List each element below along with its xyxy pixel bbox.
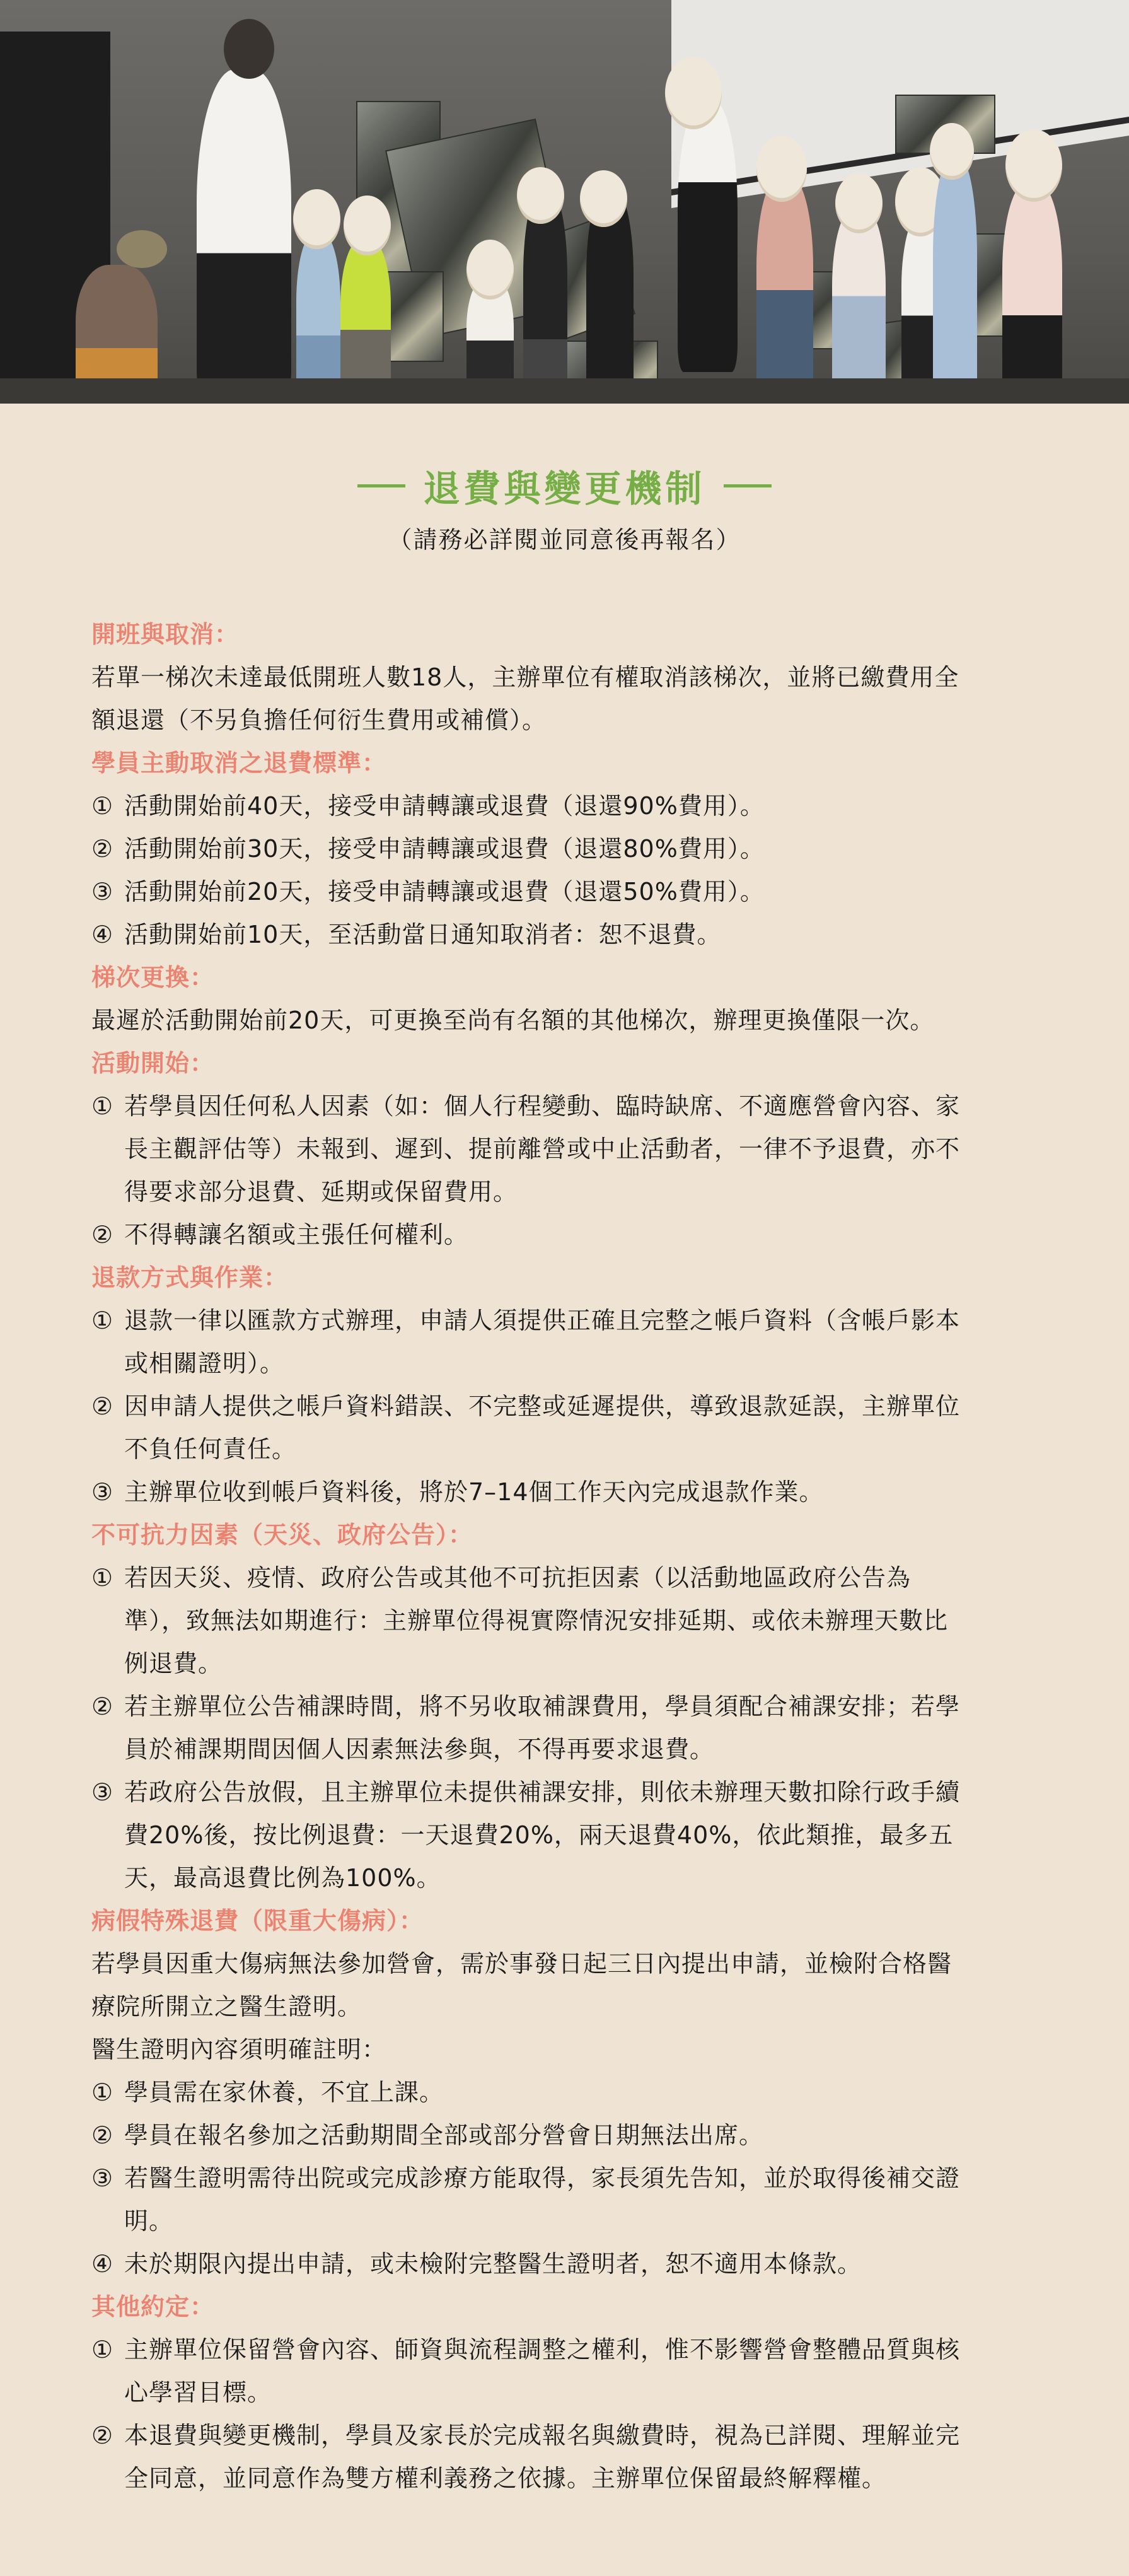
- body-line: 最遲於活動開始前20天，可更換至尚有名額的其他梯次，辦理更換僅限一次。: [91, 999, 1050, 1042]
- item-number: ③: [91, 870, 124, 913]
- item-number: ②: [91, 2414, 124, 2457]
- item-continuation: 或相關證明）。: [91, 1342, 1050, 1385]
- page-subtitle: （請務必詳閱並同意後再報名）: [0, 520, 1129, 555]
- body-line: 若學員因重大傷病無法參加營會，需於事發日起三日內提出申請，並檢附合格醫: [91, 1942, 1050, 1985]
- sheep-hood: [517, 167, 564, 224]
- list-item: ①若學員因任何私人因素（如：個人行程變動、臨時缺席、不適應營會內容、家: [91, 1085, 1050, 1128]
- section-heading: 梯次更換：: [91, 956, 1050, 999]
- list-item: ②不得轉讓名額或主張任何權利。: [91, 1213, 1050, 1256]
- item-text: 活動開始前20天，接受申請轉讓或退費（退還50%費用）。: [124, 878, 765, 906]
- item-text: 活動開始前30天，接受申請轉讓或退費（退還80%費用）。: [124, 835, 765, 863]
- sheep-hood: [344, 195, 391, 255]
- child-performer-standing: [678, 101, 738, 372]
- hero-photo: [0, 0, 1129, 404]
- section-heading: 活動開始：: [91, 1042, 1050, 1085]
- body-line: 療院所開立之醫生證明。: [91, 1985, 1050, 2028]
- item-text: 若政府公告放假，且主辦單位未提供補課安排，則依未辦理天數扣除行政手續: [124, 1778, 960, 1806]
- list-item: ④活動開始前10天，至活動當日通知取消者：恕不退費。: [91, 913, 1050, 956]
- item-text: 退款一律以匯款方式辦理，申請人須提供正確且完整之帳戶資料（含帳戶影本: [124, 1307, 960, 1334]
- item-continuation: 長主觀評估等）未報到、遲到、提前離營或中止活動者，一律不予退費，亦不: [91, 1128, 1050, 1170]
- item-continuation: 例退費。: [91, 1642, 1050, 1685]
- item-text: 未於期限內提出申請，或未檢附完整醫生證明者，恕不適用本條款。: [124, 2250, 862, 2278]
- title-dash-right: [724, 484, 772, 487]
- item-continuation: 心學習目標。: [91, 2371, 1050, 2414]
- child-performer: [832, 208, 886, 404]
- page-title: 退費與變更機制: [357, 459, 771, 512]
- item-number: ③: [91, 1471, 124, 1513]
- sheep-hood: [293, 189, 340, 249]
- section-heading: 病假特殊退費（限重大傷病）：: [91, 1899, 1050, 1942]
- item-number: ③: [91, 2157, 124, 2200]
- sheep-hood: [756, 136, 807, 202]
- item-text: 主辦單位收到帳戶資料後，將於7–14個工作天內完成退款作業。: [124, 1478, 824, 1506]
- item-number: ③: [91, 1771, 124, 1814]
- body-line: 若單一梯次未達最低開班人數18人，主辦單位有權取消該梯次，並將已繳費用全: [91, 656, 1050, 699]
- item-continuation: 得要求部分退費、延期或保留費用。: [91, 1170, 1050, 1213]
- item-text: 若因天災、疫情、政府公告或其他不可抗拒因素（以活動地區政府公告為: [124, 1564, 911, 1592]
- item-number: ①: [91, 784, 124, 827]
- item-number: ②: [91, 2114, 124, 2157]
- title-dash-left: [357, 484, 405, 487]
- item-number: ②: [91, 1385, 124, 1428]
- item-continuation: 費20%後，按比例退費：一天退費20%，兩天退費40%，依此類推，最多五: [91, 1814, 1050, 1856]
- sheep-hood: [466, 240, 514, 300]
- list-item: ③活動開始前20天，接受申請轉讓或退費（退還50%費用）。: [91, 870, 1050, 913]
- list-item: ①學員需在家休養，不宜上課。: [91, 2071, 1050, 2114]
- item-continuation: 準），致無法如期進行：主辦單位得視實際情況安排延期、或依未辦理天數比: [91, 1599, 1050, 1642]
- adult-instructor-standing: [197, 69, 291, 404]
- item-number: ①: [91, 1299, 124, 1342]
- item-text: 活動開始前40天，接受申請轉讓或退費（退還90%費用）。: [124, 792, 765, 820]
- body-line: 醫生證明內容須明確註明：: [91, 2028, 1050, 2071]
- item-text: 若主辦單位公告補課時間，將不另收取補課費用，學員須配合補課安排；若學: [124, 1693, 960, 1720]
- sheep-hood: [665, 57, 722, 129]
- section-heading: 不可抗力因素（天災、政府公告）：: [91, 1513, 1050, 1556]
- list-item: ②若主辦單位公告補課時間，將不另收取補課費用，學員須配合補課安排；若學: [91, 1685, 1050, 1728]
- item-number: ①: [91, 1085, 124, 1128]
- list-item: ④未於期限內提出申請，或未檢附完整醫生證明者，恕不適用本條款。: [91, 2242, 1050, 2285]
- sheep-hood: [835, 173, 883, 233]
- item-continuation: 不負任何責任。: [91, 1428, 1050, 1471]
- item-number: ④: [91, 2242, 124, 2285]
- child-performer: [756, 177, 813, 404]
- item-text: 主辦單位保留營會內容、師資與流程調整之權利，惟不影響營會整體品質與核: [124, 2336, 960, 2363]
- list-item: ①主辦單位保留營會內容、師資與流程調整之權利，惟不影響營會整體品質與核: [91, 2328, 1050, 2371]
- item-continuation: 明。: [91, 2200, 1050, 2242]
- item-text: 若醫生證明需待出院或完成診療方能取得，家長須先告知，並於取得後補交證: [124, 2164, 960, 2192]
- item-text: 活動開始前10天，至活動當日通知取消者：恕不退費。: [124, 921, 721, 948]
- adult-head: [224, 19, 274, 79]
- body-line: 額退還（不另負擔任何衍生費用或補償）。: [91, 699, 1050, 742]
- list-item: ③若政府公告放假，且主辦單位未提供補課安排，則依未辦理天數扣除行政手續: [91, 1771, 1050, 1814]
- item-text: 學員在報名參加之活動期間全部或部分營會日期無法出席。: [124, 2121, 763, 2149]
- page-title-text: 退費與變更機制: [423, 459, 705, 512]
- item-text: 若學員因任何私人因素（如：個人行程變動、臨時缺席、不適應營會內容、家: [124, 1092, 960, 1120]
- item-text: 學員需在家休養，不宜上課。: [124, 2078, 444, 2106]
- section-heading: 其他約定：: [91, 2285, 1050, 2328]
- item-continuation: 全同意，並同意作為雙方權利義務之依據。主辦單位保留最終解釋權。: [91, 2457, 1050, 2500]
- item-number: ①: [91, 1556, 124, 1599]
- list-item: ①退款一律以匯款方式辦理，申請人須提供正確且完整之帳戶資料（含帳戶影本: [91, 1299, 1050, 1342]
- list-item: ②活動開始前30天，接受申請轉讓或退費（退還80%費用）。: [91, 827, 1050, 870]
- list-item: ②學員在報名參加之活動期間全部或部分營會日期無法出席。: [91, 2114, 1050, 2157]
- item-number: ①: [91, 2071, 124, 2114]
- item-text: 因申請人提供之帳戶資料錯誤、不完整或延遲提供，導致退款延誤，主辦單位: [124, 1392, 960, 1420]
- child-performer: [933, 158, 977, 404]
- list-item: ①活動開始前40天，接受申請轉讓或退費（退還90%費用）。: [91, 784, 1050, 827]
- hat: [117, 230, 167, 268]
- item-continuation: 員於補課期間因個人因素無法參與，不得再要求退費。: [91, 1728, 1050, 1771]
- section-heading: 開班與取消：: [91, 613, 1050, 656]
- stage-floor: [0, 378, 1129, 404]
- child-performer: [1002, 183, 1062, 404]
- item-text: 不得轉讓名額或主張任何權利。: [124, 1221, 468, 1249]
- item-number: ②: [91, 1213, 124, 1256]
- title-block: 退費與變更機制: [0, 459, 1129, 512]
- list-item: ③若醫生證明需待出院或完成診療方能取得，家長須先告知，並於取得後補交證: [91, 2157, 1050, 2200]
- list-item: ③主辦單位收到帳戶資料後，將於7–14個工作天內完成退款作業。: [91, 1471, 1050, 1513]
- section-heading: 退款方式與作業：: [91, 1256, 1050, 1299]
- list-item: ②因申請人提供之帳戶資料錯誤、不完整或延遲提供，導致退款延誤，主辦單位: [91, 1385, 1050, 1428]
- policy-content: 開班與取消： 若單一梯次未達最低開班人數18人，主辦單位有權取消該梯次，並將已繳…: [91, 613, 1050, 2500]
- sheep-hood: [580, 170, 627, 227]
- sheep-hood: [930, 123, 974, 180]
- item-number: ④: [91, 913, 124, 956]
- section-heading: 學員主動取消之退費標準：: [91, 742, 1050, 784]
- list-item: ②本退費與變更機制，學員及家長於完成報名與繳費時，視為已詳閱、理解並完: [91, 2414, 1050, 2457]
- list-item: ①若因天災、疫情、政府公告或其他不可抗拒因素（以活動地區政府公告為: [91, 1556, 1050, 1599]
- item-number: ②: [91, 1685, 124, 1728]
- item-text: 本退費與變更機制，學員及家長於完成報名與繳費時，視為已詳閱、理解並完: [124, 2422, 960, 2449]
- item-number: ①: [91, 2328, 124, 2371]
- item-continuation: 天，最高退費比例為100%。: [91, 1856, 1050, 1899]
- sheep-hood: [1005, 129, 1062, 202]
- item-number: ②: [91, 827, 124, 870]
